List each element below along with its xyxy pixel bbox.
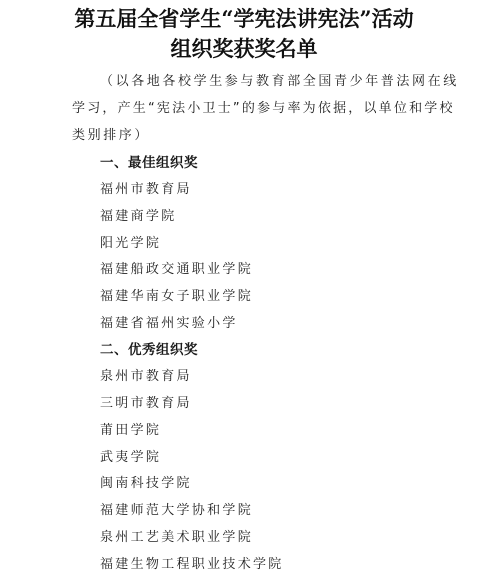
list-item: 武夷学院 — [100, 446, 161, 465]
intro-line-3: 类别排序） — [72, 124, 150, 143]
section-heading-excellent: 二、优秀组织奖 — [100, 338, 198, 358]
section-heading-best: 一、最佳组织奖 — [100, 151, 198, 171]
list-item: 三明市教育局 — [100, 392, 192, 411]
list-item: 泉州市教育局 — [100, 365, 192, 384]
list-item: 闽南科技学院 — [100, 472, 192, 491]
list-item: 福建船政交通职业学院 — [100, 258, 253, 277]
list-item: 福建商学院 — [100, 205, 177, 224]
intro-line-2: 学习，产生“宪法小卫士”的参与率为依据，以单位和学校 — [72, 97, 455, 116]
intro-line-1: （以各地各校学生参与教育部全国青少年普法网在线 — [100, 70, 459, 89]
list-item: 福建华南女子职业学院 — [100, 285, 253, 304]
document-title-line-2: 组织奖获奖名单 — [0, 37, 488, 61]
document-title-line-1: 第五届全省学生“学宪法讲宪法”活动 — [0, 7, 488, 31]
list-item: 福州市教育局 — [100, 178, 192, 197]
list-item: 福建省福州实验小学 — [100, 312, 238, 331]
list-item: 莆田学院 — [100, 419, 161, 438]
list-item: 泉州工艺美术职业学院 — [100, 526, 253, 545]
list-item: 福建生物工程职业技术学院 — [100, 553, 284, 571]
list-item: 阳光学院 — [100, 232, 161, 251]
list-item: 福建师范大学协和学院 — [100, 499, 253, 518]
